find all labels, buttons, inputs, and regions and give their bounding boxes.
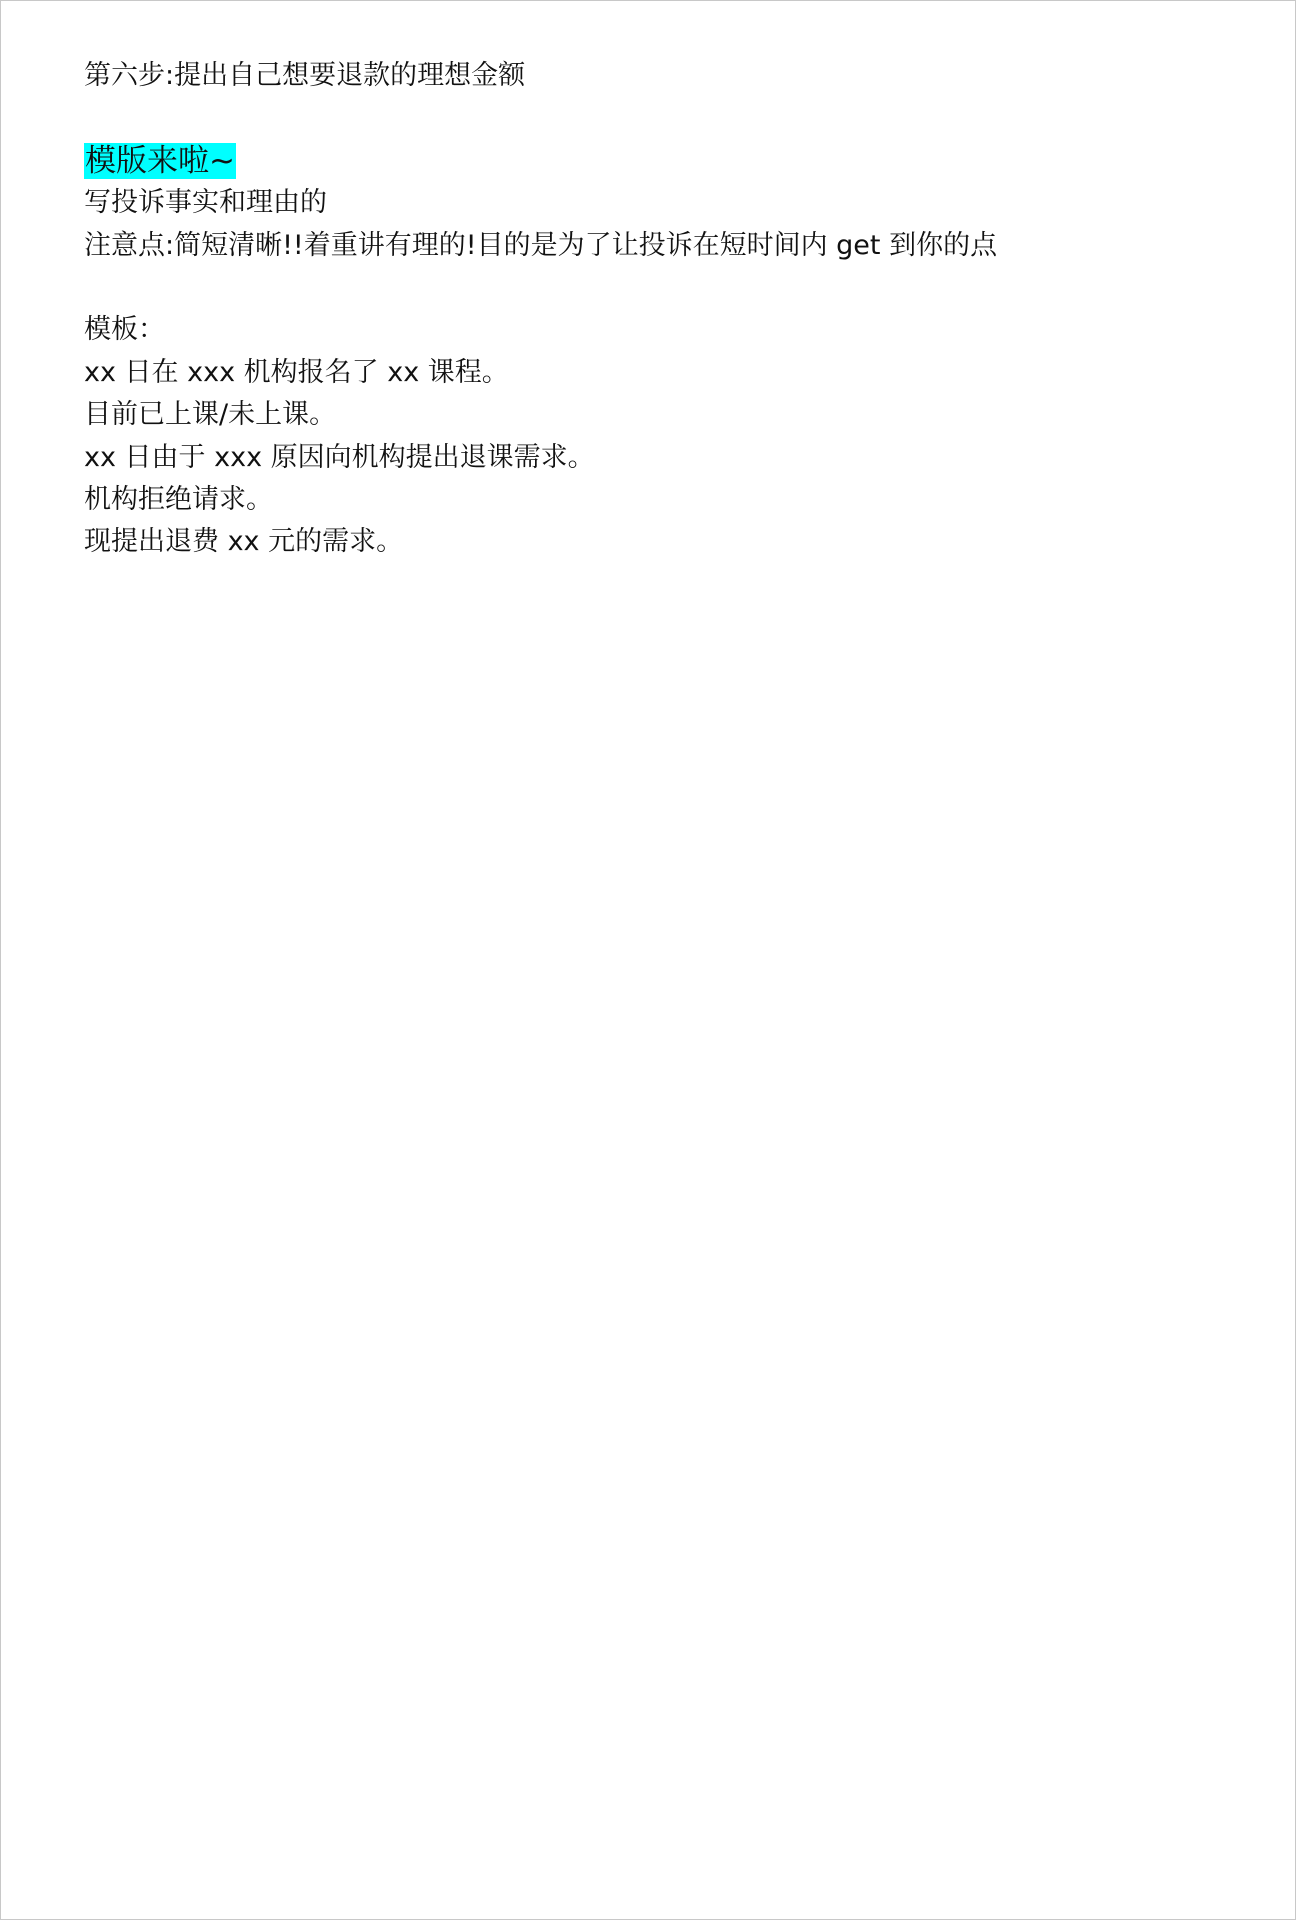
template-heading: 模版来啦~ xyxy=(84,141,236,181)
template-line-refund-amount: 现提出退费 xx 元的需求。 xyxy=(84,525,403,559)
highlighted-template-title: 模版来啦~ xyxy=(84,143,236,179)
template-label: 模板： xyxy=(84,313,165,347)
template-line-enroll: xx 日在 xxx 机构报名了 xx 课程。 xyxy=(84,356,509,390)
step-six-heading: 第六步:提出自己想要退款的理想金额 xyxy=(84,59,525,93)
template-line-refused: 机构拒绝请求。 xyxy=(84,483,273,517)
document-page: 第六步:提出自己想要退款的理想金额 模版来啦~ 写投诉事实和理由的 注意点:简短… xyxy=(0,0,1296,1920)
intro-line-purpose: 写投诉事实和理由的 xyxy=(84,186,327,220)
template-line-refund-request: xx 日由于 xxx 原因向机构提出退课需求。 xyxy=(84,441,595,475)
intro-line-notes: 注意点:简短清晰!!着重讲有理的!目的是为了让投诉在短时间内 get 到你的点 xyxy=(84,229,997,263)
template-line-attendance: 目前已上课/未上课。 xyxy=(84,398,336,432)
